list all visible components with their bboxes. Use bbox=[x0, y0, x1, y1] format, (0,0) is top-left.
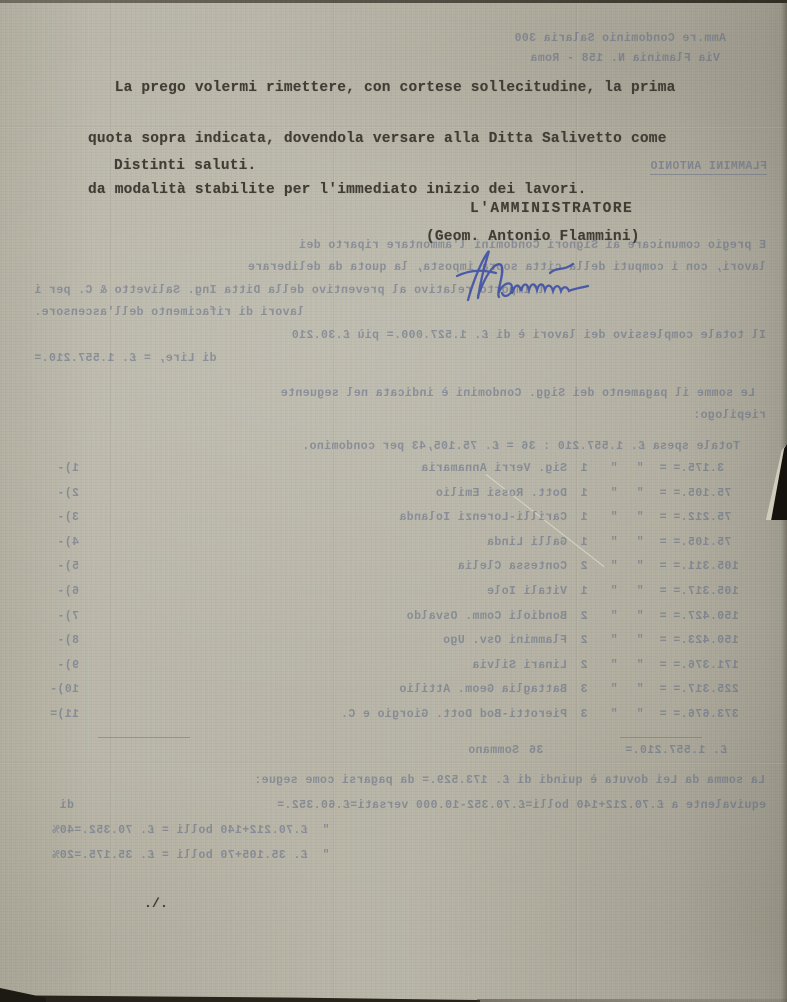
scan-corner-bottom-left bbox=[0, 988, 46, 1002]
bleedthrough-table-row: 2)-Dott. Rossi Emilio1""=75.105.= bbox=[35, 487, 765, 500]
continuation-mark: ./. bbox=[144, 896, 168, 911]
paragraph-line: quota sopra indicata, dovendola versare … bbox=[88, 131, 667, 147]
bleedthrough-body-line: Totale spesa £. 1.557.210 : 36 = £. 75.1… bbox=[60, 440, 740, 453]
bleedthrough-total-rule bbox=[98, 737, 190, 738]
scan-edge-top bbox=[0, 0, 787, 3]
paragraph-line: La prego volermi rimettere, con cortese … bbox=[88, 80, 676, 96]
bleedthrough-table-row: 9)-Linari Silvia2""=171.376.= bbox=[35, 659, 765, 672]
bleedthrough-account-table: 1)-Sig. Verri Annamaria1""=3.175.=2)-Dot… bbox=[35, 462, 765, 721]
bleedthrough-table-row: 10)-Battaglia Geom. Attilio3""=225.317.= bbox=[35, 683, 765, 696]
bleedthrough-table-row: 3)-Carilli-Lorenzi Iolanda1""=75.212.= bbox=[35, 511, 765, 524]
handwritten-signature bbox=[452, 246, 632, 308]
bleedthrough-formula-line: La somma da Lei dovuta è quindi di £. 17… bbox=[55, 774, 765, 787]
bleedthrough-body-line: Le somme il pagamento dei Sigg. Condomin… bbox=[55, 387, 755, 400]
bleedthrough-formula-line: 40% " £.70.212+140 bolli = £. 70.352.= bbox=[34, 824, 674, 837]
bleedthrough-body-line: lavori, con i computi della citta sopra … bbox=[34, 261, 766, 274]
bleedthrough-body-line: l'importo relativo al preventivo della D… bbox=[34, 284, 766, 297]
horizontal-crease bbox=[0, 762, 787, 764]
closing-salutation: Distinti saluti. bbox=[114, 158, 256, 174]
scanned-letter-page: Amm.re Condominio Salaria 300 Via Flamin… bbox=[0, 0, 787, 1002]
bleedthrough-table-row: 6)-Vitali Iole1""=105.317.= bbox=[35, 585, 765, 598]
bleedthrough-body-line: lavori di rifacimento dell'ascensore. bbox=[34, 306, 766, 319]
bleedthrough-table-row: 11)=Pierotti-Bod Dott. Giorgio e C.3""=3… bbox=[35, 708, 765, 721]
bleedthrough-body-line: Il totale complessivo dei lavori è di £.… bbox=[34, 329, 766, 342]
bleedthrough-table-row: 7)-Bondioli Comm. Osvaldo2""=150.427.= bbox=[35, 610, 765, 623]
letter-body-paragraph: La prego volermi rimettere, con cortese … bbox=[88, 76, 676, 204]
bleedthrough-table-row: 4)-Galli Linda1""=75.105.= bbox=[35, 536, 765, 549]
bleedthrough-table-row: 8)-Flammini Osv. Ugo2""=150.423.= bbox=[35, 634, 765, 647]
bleedthrough-body-line: E pregio comunicare ai Signori Condomini… bbox=[38, 239, 766, 252]
bleedthrough-total-row: Sommano 36 £. 1.557.210.= bbox=[35, 744, 765, 757]
bleedthrough-header-line: Via Flaminia N. 158 - Roma bbox=[500, 52, 750, 65]
paper-tear-wedge bbox=[763, 444, 787, 520]
bleedthrough-table-row: 1)-Sig. Verri Annamaria1""=3.175.= bbox=[35, 462, 765, 475]
signature-title: L'AMMINISTRATORE bbox=[470, 201, 633, 217]
signature-name-line: (Geom. Antonio Flammini) bbox=[426, 229, 640, 245]
bleedthrough-formula-line: 20% " £. 35.105+70 bolli = £. 35.175.= bbox=[34, 849, 649, 862]
bleedthrough-formula-line: di equivalente a £.70.212+140 bolli=£.70… bbox=[34, 799, 766, 812]
paragraph-line: da modalità stabilite per l'immediato in… bbox=[88, 182, 586, 198]
bleedthrough-table-row: 5)-Contessa Clelia2""=105.311.= bbox=[35, 560, 765, 573]
bleedthrough-body-line: riepilogo: bbox=[34, 409, 766, 422]
bleedthrough-total-rule bbox=[620, 737, 702, 738]
scan-edge-bottom bbox=[0, 994, 480, 1002]
bleedthrough-body-line: di Lire, = £. 1.557.210.= bbox=[34, 352, 766, 365]
bleedthrough-header-line: Amm.re Condominio Salaria 300 bbox=[470, 32, 770, 45]
